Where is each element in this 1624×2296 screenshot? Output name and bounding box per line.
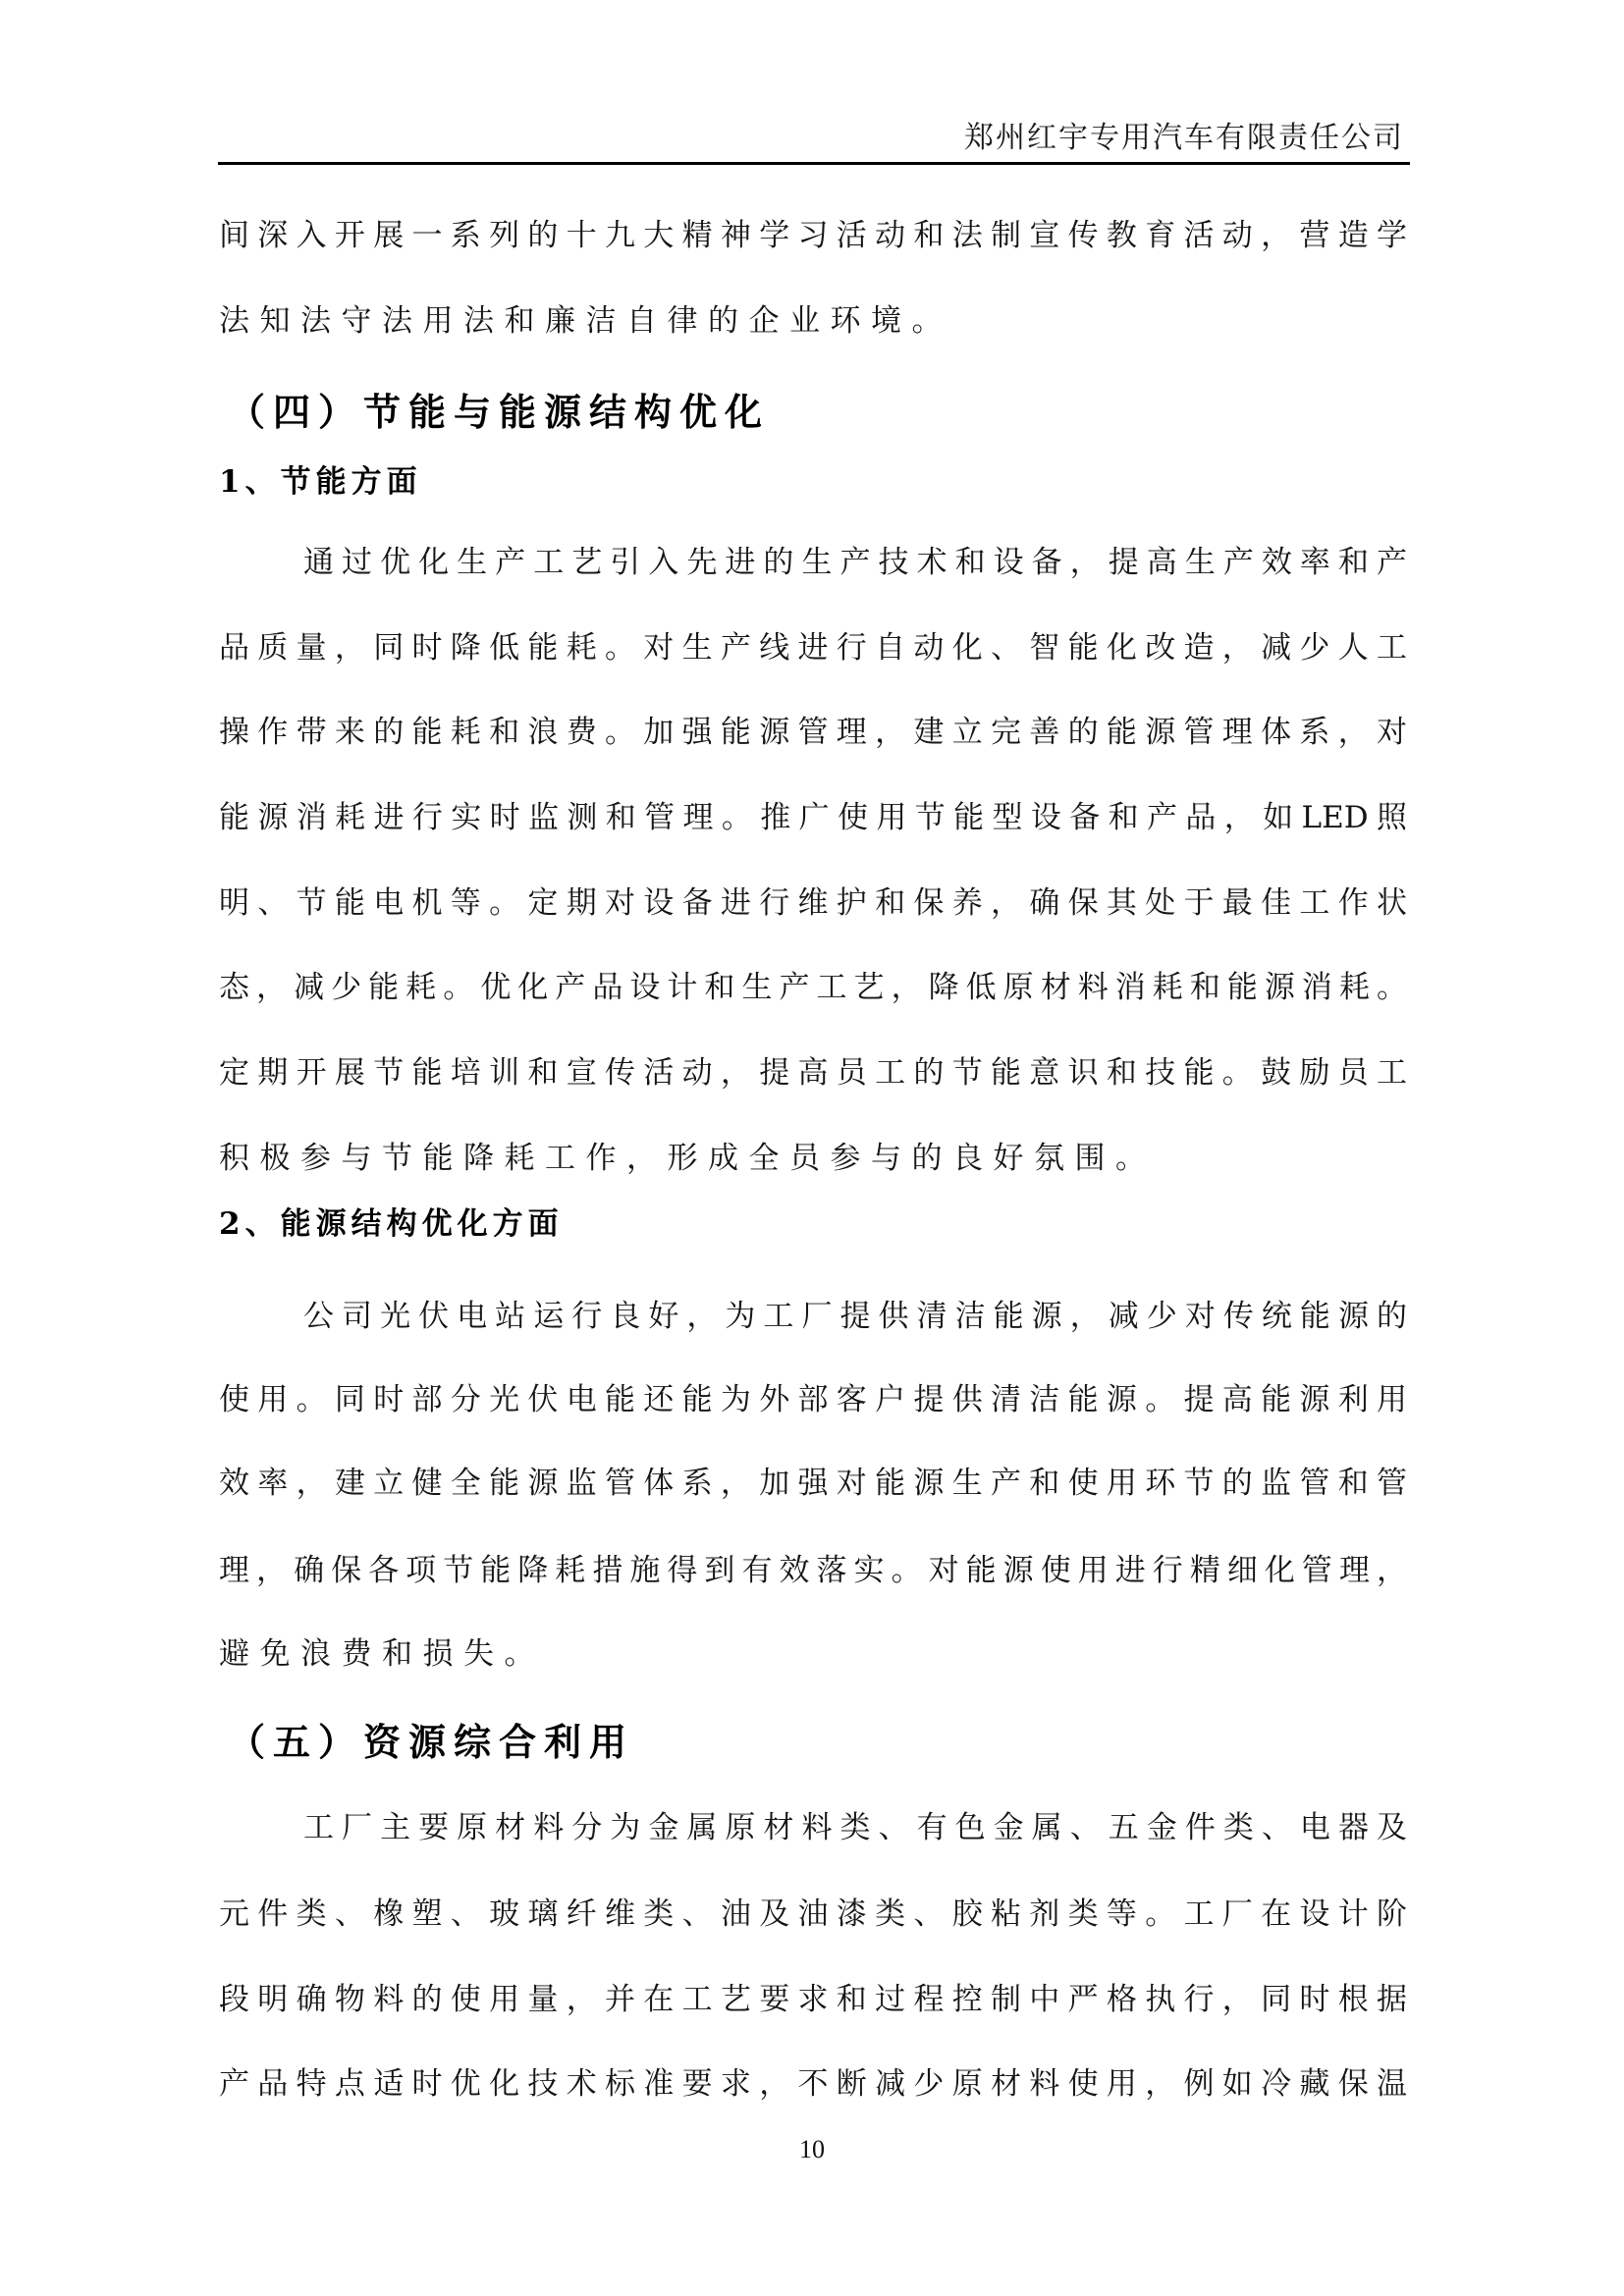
subsection-heading-energy-structure: 2、能源结构优化方面 (219, 1202, 564, 1246)
body-line: 明、节能电机等。定期对设备进行维护和保养，确保其处于最佳工作状 (219, 881, 1407, 925)
body-line: 产品特点适时优化技术标准要求，不断减少原材料使用，例如冷藏保温 (219, 2062, 1407, 2106)
page-number: 10 (0, 2132, 1624, 2167)
section-heading-4: （四）节能与能源结构优化 (228, 388, 770, 437)
body-line: 元件类、橡塑、玻璃纤维类、油及油漆类、胶粘剂类等。工厂在设计阶 (219, 1893, 1407, 1936)
body-line: 操作带来的能耗和浪费。加强能源管理，建立完善的能源管理体系，对 (219, 711, 1407, 754)
body-line: 段明确物料的使用量，并在工艺要求和过程控制中严格执行，同时根据 (219, 1978, 1407, 2021)
body-line: 理，确保各项节能降耗措施得到有效落实。对能源使用进行精细化管理， (219, 1549, 1407, 1592)
body-line: 效率，建立健全能源监管体系，加强对能源生产和使用环节的监管和管 (219, 1462, 1407, 1505)
body-line: 使用。同时部分光伏电能还能为外部客户提供清洁能源。提高能源利用 (219, 1378, 1407, 1421)
body-line: 能源消耗进行实时监测和管理。推广使用节能型设备和产品，如LED照 (219, 796, 1407, 839)
body-line: 定期开展节能培训和宣传活动，提高员工的节能意识和技能。鼓励员工 (219, 1051, 1407, 1095)
body-line: 通过优化生产工艺引入先进的生产技术和设备，提高生产效率和产 (303, 541, 1407, 584)
document-page: 郑州红宇专用汽车有限责任公司 间深入开展一系列的十九大精神学习活动和法制宣传教育… (0, 0, 1624, 2296)
body-line: 积极参与节能降耗工作，形成全员参与的良好氛围。 (219, 1137, 1407, 1180)
body-line: 法知法守法用法和廉洁自律的企业环境。 (219, 299, 1407, 343)
body-line: 态，减少能耗。优化产品设计和生产工艺，降低原材料消耗和能源消耗。 (219, 966, 1407, 1009)
header-rule (218, 162, 1410, 165)
body-line: 公司光伏电站运行良好，为工厂提供清洁能源，减少对传统能源的 (303, 1295, 1407, 1338)
body-line: 间深入开展一系列的十九大精神学习活动和法制宣传教育活动，营造学 (219, 214, 1407, 257)
section-heading-5: （五）资源综合利用 (228, 1718, 634, 1767)
subsection-heading-energy-saving: 1、节能方面 (219, 460, 422, 504)
body-line: 品质量，同时降低能耗。对生产线进行自动化、智能化改造，减少人工 (219, 626, 1407, 669)
body-line: 避免浪费和损失。 (219, 1632, 1407, 1676)
running-header-company: 郑州红宇专用汽车有限责任公司 (964, 120, 1404, 157)
body-line: 工厂主要原材料分为金属原材料类、有色金属、五金件类、电器及 (303, 1806, 1407, 1849)
